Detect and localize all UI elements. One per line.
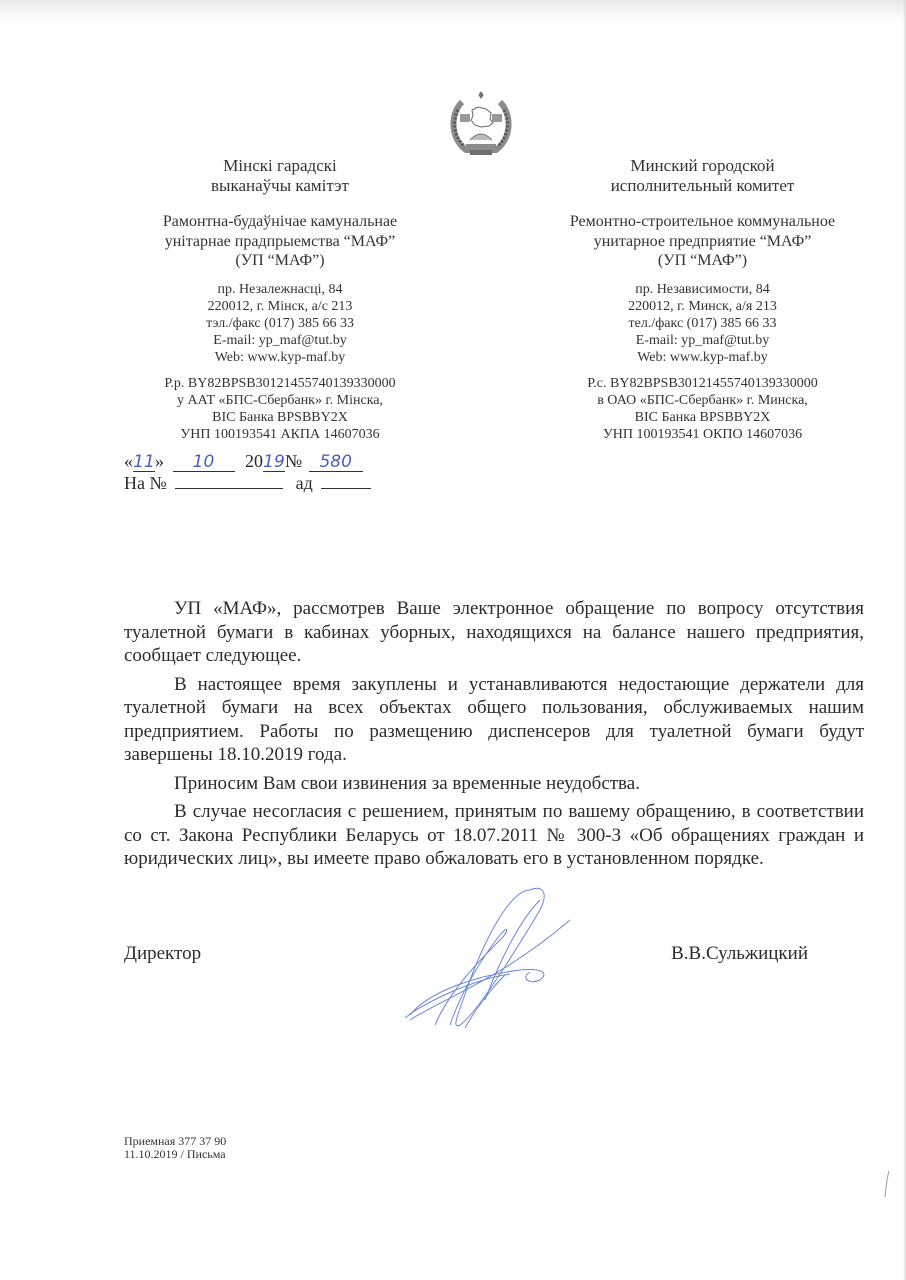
reply-number-blank (175, 472, 283, 489)
authority-name-be: Мінскі гарадскі выканаўчы камітэт (120, 156, 440, 196)
paragraph: УП «МАФ», рассмотрев Ваше электронное об… (124, 597, 864, 668)
registration-date-line: «11» 10 2019№ 580 (124, 450, 371, 472)
signatory-position: Директор (124, 943, 201, 965)
paragraph: Приносим Вам свои извинения за временные… (124, 772, 864, 796)
address-ru: пр. Независимости, 84 220012, г. Минск, … (530, 281, 875, 366)
date-year: 19 (263, 453, 285, 472)
letter-body: УП «МАФ», рассмотрев Ваше электронное об… (124, 597, 864, 876)
reply-date-blank (321, 472, 371, 489)
registration-block: «11» 10 2019№ 580 На № ад (124, 450, 371, 494)
header-belarusian: Мінскі гарадскі выканаўчы камітэт Рамонт… (120, 156, 440, 443)
footer-note: Приемная 377 37 90 11.10.2019 / Письма (124, 1135, 226, 1160)
enterprise-name-be: Рамонтна-будаўнічае камунальнае унітарна… (120, 212, 440, 271)
reply-reference-line: На № ад (124, 472, 371, 494)
enterprise-name-ru: Ремонтно-строительное коммунальное унита… (530, 212, 875, 271)
signatory-name: В.В.Сульжицкий (671, 943, 808, 965)
reception-phone: Приемная 377 37 90 (124, 1135, 226, 1148)
date-day: 11 (133, 453, 155, 472)
scan-mark-icon (884, 1170, 890, 1198)
bank-details-ru: Р.с. BY82BPSB30121455740139330000 в ОАО … (530, 375, 875, 443)
scan-shadow-top (0, 0, 906, 22)
paragraph: В настоящее время закуплены и устанавлив… (124, 673, 864, 767)
paragraph: В случае несогласия с решением, принятым… (124, 800, 864, 871)
belarus-coat-of-arms-icon (444, 88, 518, 160)
header-russian: Минский городской исполнительный комитет… (530, 156, 875, 443)
authority-name-ru: Минский городской исполнительный комитет (530, 156, 875, 196)
bank-details-be: Р.р. BY82BPSB30121455740139330000 у ААТ … (120, 375, 440, 443)
date-month: 10 (173, 453, 235, 472)
handwritten-signature-icon (390, 880, 580, 1030)
outgoing-number: 580 (309, 453, 363, 472)
document-reference: 11.10.2019 / Письма (124, 1148, 226, 1161)
address-be: пр. Незалежнасці, 84 220012, г. Мінск, а… (120, 281, 440, 366)
